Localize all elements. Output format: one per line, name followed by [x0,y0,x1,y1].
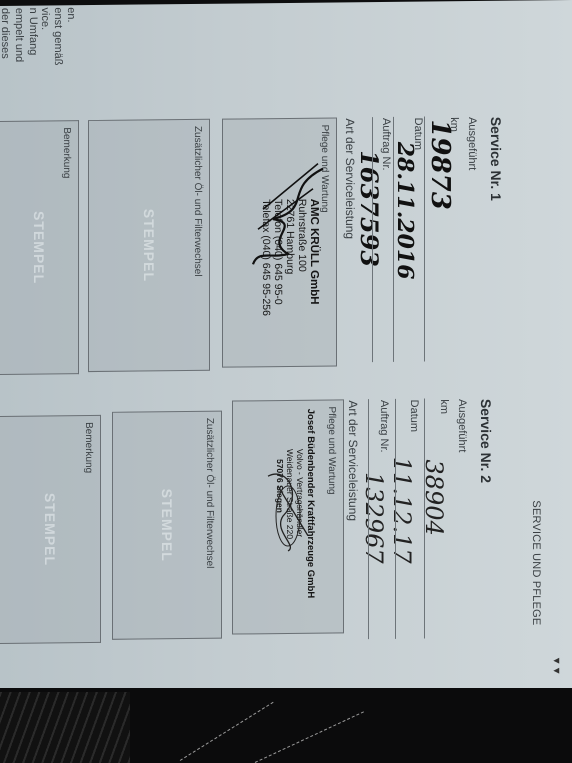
care-stamp-box[interactable]: Pflege und Wartung AMC KRÜLL GmbH Ruhrst… [222,117,337,367]
intro-line: enst gemäß [51,7,65,65]
km-rule [424,399,425,639]
order-label: Auftrag Nr. [378,400,390,453]
intro-line: en. [64,7,78,22]
stamp-placeholder: STEMPEL [31,211,47,284]
remark-label: Bemerkung [61,127,72,178]
performed-label: Ausgeführt [466,117,478,170]
remark-box[interactable]: Bemerkung STEMPEL [0,415,101,644]
intro-line: vice. [38,7,52,30]
performed-label: Ausgeführt [456,399,468,452]
date-label: Datum [408,400,420,433]
oil-filter-box[interactable]: Zusätzlicher Öl- und Filterwechsel STEMP… [88,119,210,372]
seat-fabric [0,692,130,763]
order-value[interactable]: 132967 [360,472,388,564]
stamp-placeholder: STEMPEL [141,209,157,282]
double-chevron-right-icon[interactable]: ▼▼ [550,656,561,676]
km-rule [424,117,425,362]
order-rule [368,399,369,639]
signature-icon [243,159,333,270]
oil-filter-label: Zusätzlicher Öl- und Filterwechsel [192,126,203,277]
date-value[interactable]: 11.12.17 [388,457,416,564]
intro-text-fragment: der dieses empelt und n Umfang vice. ens… [0,5,70,126]
remark-box[interactable]: Bemerkung STEMPEL [0,120,79,375]
oil-filter-box[interactable]: Zusätzlicher Öl- und Filterwechsel STEMP… [112,411,222,640]
date-value[interactable]: 28.11.2016 [392,142,418,280]
remark-label: Bemerkung [83,422,94,473]
service-type-label: Art der Serviceleistung [343,118,357,239]
stamp-placeholder: STEMPEL [159,489,175,562]
date-rule [395,399,396,639]
intro-line: empelt und [12,8,26,63]
signature-icon [248,456,328,557]
stamp-placeholder: STEMPEL [42,493,58,566]
km-value[interactable]: 19873 [425,119,455,210]
order-rule [372,117,373,362]
date-rule [393,117,394,362]
order-value[interactable]: 1637593 [355,150,384,267]
service-1-title: Service Nr. 1 [488,117,504,201]
service-type-label: Art der Serviceleistung [346,400,360,521]
service-booklet-page: der dieses empelt und n Umfang vice. ens… [0,0,572,696]
page-heading: SERVICE UND PFLEGE [530,500,542,625]
care-stamp-box[interactable]: Pflege und Wartung Josef Büdenbender Kra… [232,399,344,634]
service-2-title: Service Nr. 2 [478,399,494,483]
oil-filter-label: Zusätzlicher Öl- und Filterwechsel [204,418,215,569]
intro-line: der dieses [0,8,12,59]
km-label: km [438,399,450,414]
